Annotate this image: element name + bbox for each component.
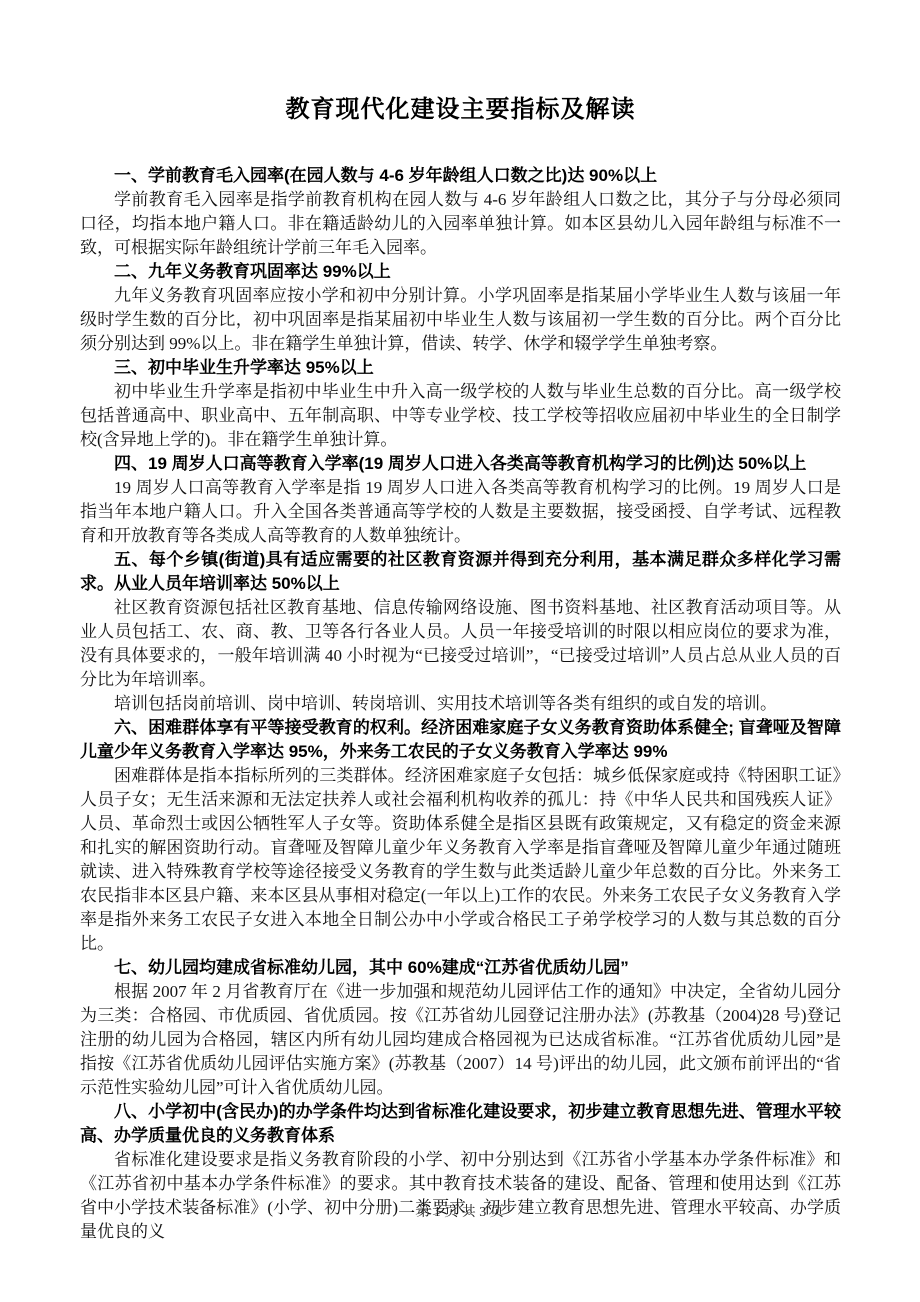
section-7-heading: 七、幼儿园均建成省标准幼儿园，其中 60%建成“江苏省优质幼儿园” bbox=[80, 956, 841, 980]
section-2-heading: 二、九年义务教育巩固率达 99%以上 bbox=[80, 260, 841, 284]
section-4-heading: 四、19 周岁人口高等教育入学率(19 周岁人口进入各类高等教育机构学习的比例)… bbox=[80, 452, 841, 476]
section-8-heading: 八、小学初中(含民办)的办学条件均达到省标准化建设要求，初步建立教育思想先进、管… bbox=[80, 1100, 841, 1148]
section-1-paragraph: 学前教育毛入园率是指学前教育机构在园人数与 4-6 岁年龄组人口数之比，其分子与… bbox=[80, 188, 841, 260]
page-number-footer: 第 1 页 共 3 页 bbox=[0, 1203, 920, 1223]
section-1-heading: 一、学前教育毛入园率(在园人数与 4-6 岁年龄组人口数之比)达 90%以上 bbox=[80, 164, 841, 188]
section-3: 三、初中毕业生升学率达 95%以上 初中毕业生升学率是指初中毕业生中升入高一级学… bbox=[80, 356, 841, 452]
section-2-paragraph: 九年义务教育巩固率应按小学和初中分别计算。小学巩固率是指某届小学毕业生人数与该届… bbox=[80, 284, 841, 356]
section-7-paragraph: 根据 2007 年 2 月省教育厅在《进一步加强和规范幼儿园评估工作的通知》中决… bbox=[80, 980, 841, 1100]
section-5-paragraph-2: 培训包括岗前培训、岗中培训、转岗培训、实用技术培训等各类有组织的或自发的培训。 bbox=[80, 692, 841, 716]
page-title: 教育现代化建设主要指标及解读 bbox=[80, 0, 841, 130]
section-1: 一、学前教育毛入园率(在园人数与 4-6 岁年龄组人口数之比)达 90%以上 学… bbox=[80, 164, 841, 260]
section-5-heading: 五、每个乡镇(街道)具有适应需要的社区教育资源并得到充分利用，基本满足群众多样化… bbox=[80, 548, 841, 596]
section-5-paragraph-1: 社区教育资源包括社区教育基地、信息传输网络设施、图书资料基地、社区教育活动项目等… bbox=[80, 596, 841, 692]
section-4: 四、19 周岁人口高等教育入学率(19 周岁人口进入各类高等教育机构学习的比例)… bbox=[80, 452, 841, 548]
section-6-paragraph: 困难群体是指本指标所列的三类群体。经济困难家庭子女包括：城乡低保家庭或持《特困职… bbox=[80, 764, 841, 956]
section-5: 五、每个乡镇(街道)具有适应需要的社区教育资源并得到充分利用，基本满足群众多样化… bbox=[80, 548, 841, 716]
document-page: 教育现代化建设主要指标及解读 一、学前教育毛入园率(在园人数与 4-6 岁年龄组… bbox=[0, 0, 920, 1302]
section-3-heading: 三、初中毕业生升学率达 95%以上 bbox=[80, 356, 841, 380]
section-6: 六、困难群体享有平等接受教育的权利。经济困难家庭子女义务教育资助体系健全; 盲聋… bbox=[80, 716, 841, 956]
section-4-paragraph: 19 周岁人口高等教育入学率是指 19 周岁人口进入各类高等教育机构学习的比例。… bbox=[80, 476, 841, 548]
section-3-paragraph: 初中毕业生升学率是指初中毕业生中升入高一级学校的人数与毕业生总数的百分比。高一级… bbox=[80, 380, 841, 452]
document-content: 教育现代化建设主要指标及解读 一、学前教育毛入园率(在园人数与 4-6 岁年龄组… bbox=[80, 0, 841, 1244]
section-2: 二、九年义务教育巩固率达 99%以上 九年义务教育巩固率应按小学和初中分别计算。… bbox=[80, 260, 841, 356]
section-7: 七、幼儿园均建成省标准幼儿园，其中 60%建成“江苏省优质幼儿园” 根据 200… bbox=[80, 956, 841, 1100]
section-6-heading: 六、困难群体享有平等接受教育的权利。经济困难家庭子女义务教育资助体系健全; 盲聋… bbox=[80, 716, 841, 764]
section-8-paragraph: 省标准化建设要求是指义务教育阶段的小学、初中分别达到《江苏省小学基本办学条件标准… bbox=[80, 1148, 841, 1244]
